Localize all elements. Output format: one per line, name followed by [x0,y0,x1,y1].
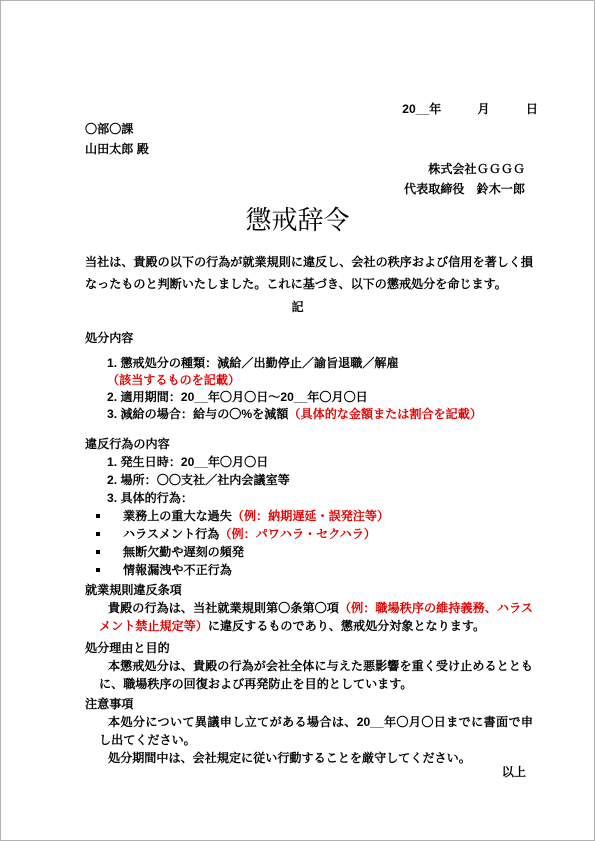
bullet-text: ハラスメント行為（例：パワハラ・セクハラ） [123,525,376,543]
body-text: に違反するものであり、懲戒処分対象となります。 [208,619,485,633]
bullet-item: 情報漏洩や不正行為 [96,561,533,579]
section-items: 本懲戒処分は、貴殿の行為が会社全体に与えた悪影響を重く受け止めるとともに、職場秩… [85,657,533,693]
bullet-icon [96,561,123,579]
body-text: 3. 具体的行為： [107,491,193,505]
section-items: 1. 発生日時：20__年〇月〇日2. 場所：〇〇支社／社内会議室等3. 具体的… [85,453,533,579]
section-heading: 処分理由と目的 [85,639,533,657]
document-title: 懲戒辞令 [1,205,594,237]
body-text: 2. 場所：〇〇支社／社内会議室等 [107,473,290,487]
section-heading: 違反行為の内容 [85,435,533,453]
emphasis-text: （該当するものを記載） [107,373,240,387]
sections-container: 処分内容1. 懲戒処分の種類：減給／出勤停止／諭旨退職／解雇 （該当するものを記… [85,329,533,767]
date-line: 20__年 月 日 [85,99,538,119]
body-text: 無断欠勤や遅刻の頻発 [123,545,244,559]
numbered-item: 2. 場所：〇〇支社／社内会議室等 [107,471,533,489]
bullet-text: 業務上の重大な過失（例：納期遅延・誤発注等） [123,507,389,525]
record-marker: 記 [1,297,594,317]
numbered-item: 1. 発生日時：20__年〇月〇日 [107,453,533,471]
bullet-icon [96,525,123,543]
representative-name: 代表取締役 鈴木一郎 [85,179,525,199]
section-heading: 注意事項 [85,695,533,713]
document-section: 違反行為の内容1. 発生日時：20__年〇月〇日2. 場所：〇〇支社／社内会議室… [85,435,533,579]
section-items: 本処分について異議申し立てがある場合は、20__年〇月〇日までに書面で申し出てく… [85,713,533,767]
numbered-item: 1. 懲戒処分の種類：減給／出勤停止／諭旨退職／解雇 （該当するものを記載） [107,355,533,389]
body-text: 1. 発生日時：20__年〇月〇日 [107,455,268,469]
section-heading: 就業規則違反条項 [85,581,533,599]
paragraph: 本処分について異議申し立てがある場合は、20__年〇月〇日までに書面で申し出てく… [99,713,533,749]
bullet-icon [96,543,123,561]
body-text: 業務上の重大な過失 [123,509,232,523]
paragraph: 本懲戒処分は、貴殿の行為が会社全体に与えた悪影響を重く受け止めるとともに、職場秩… [99,657,533,693]
emphasis-text: （具体的な金額または割合を記載） [288,407,482,421]
document-section: 処分内容1. 懲戒処分の種類：減給／出勤停止／諭旨退職／解雇 （該当するものを記… [85,329,533,423]
section-heading: 処分内容 [85,329,533,347]
body-text: ハラスメント行為 [123,527,219,541]
emphasis-text: （例：パワハラ・セクハラ） [219,527,376,541]
paragraph: 処分期間中は、会社規定に従い行動することを厳守してください。 [99,749,533,767]
body-text: 本処分について異議申し立てがある場合は、20__年〇月〇日までに書面で申し出てく… [99,715,533,747]
body-text: 情報漏洩や不正行為 [123,563,232,577]
numbered-item: 3. 減給の場合：給与の〇%を減額（具体的な金額または割合を記載） [107,406,533,423]
emphasis-text: （例：納期遅延・誤発注等） [232,509,389,523]
document-section: 就業規則違反条項貴殿の行為は、当社就業規則第〇条第〇項（例：職場秩序の維持義務、… [85,581,533,635]
intro-paragraph: 当社は、貴殿の以下の行為が就業規則に違反し、会社の秩序および信用を著しく損なった… [85,251,533,295]
numbered-item: 2. 適用期間：20__年〇月〇日～20__年〇月〇日 [107,389,533,406]
body-text: 2. 適用期間：20__年〇月〇日～20__年〇月〇日 [107,390,368,404]
bullet-item: 無断欠勤や遅刻の頻発 [96,543,533,561]
recipient-department: 〇部〇課 [85,119,533,139]
document-section: 注意事項本処分について異議申し立てがある場合は、20__年〇月〇日までに書面で申… [85,695,533,767]
recipient-name: 山田太郎 殿 [85,139,533,159]
section-items: 1. 懲戒処分の種類：減給／出勤停止／諭旨退職／解雇 （該当するものを記載）2.… [85,355,533,423]
document-section: 処分理由と目的本懲戒処分は、貴殿の行為が会社全体に与えた悪影響を重く受け止めると… [85,639,533,693]
document-content: 20__年 月 日 〇部〇課 山田太郎 殿 株式会社ＧＧＧＧ 代表取締役 鈴木一… [1,1,594,781]
body-text: 1. 懲戒処分の種類：減給／出勤停止／諭旨退職／解雇 [107,356,399,370]
bullet-text: 無断欠勤や遅刻の頻発 [123,543,244,561]
document-page: 20__年 月 日 〇部〇課 山田太郎 殿 株式会社ＧＧＧＧ 代表取締役 鈴木一… [0,0,595,841]
bullet-text: 情報漏洩や不正行為 [123,561,232,579]
bullet-item: ハラスメント行為（例：パワハラ・セクハラ） [96,525,533,543]
company-name: 株式会社ＧＧＧＧ [85,159,525,179]
bullet-item: 業務上の重大な過失（例：納期遅延・誤発注等） [96,507,533,525]
bullet-icon [96,507,123,525]
body-text: 本懲戒処分は、貴殿の行為が会社全体に与えた悪影響を重く受け止めるとともに、職場秩… [99,659,533,691]
paragraph: 貴殿の行為は、当社就業規則第〇条第〇項（例：職場秩序の維持義務、ハラスメント禁止… [99,599,533,635]
numbered-item: 3. 具体的行為： [107,489,533,507]
body-text: 貴殿の行為は、当社就業規則第〇条第〇項 [108,601,339,615]
body-text: 3. 減給の場合：給与の〇%を減額 [107,407,288,421]
body-text: 処分期間中は、会社規定に従い行動することを厳守してください。 [108,751,471,765]
section-items: 貴殿の行為は、当社就業規則第〇条第〇項（例：職場秩序の維持義務、ハラスメント禁止… [85,599,533,635]
